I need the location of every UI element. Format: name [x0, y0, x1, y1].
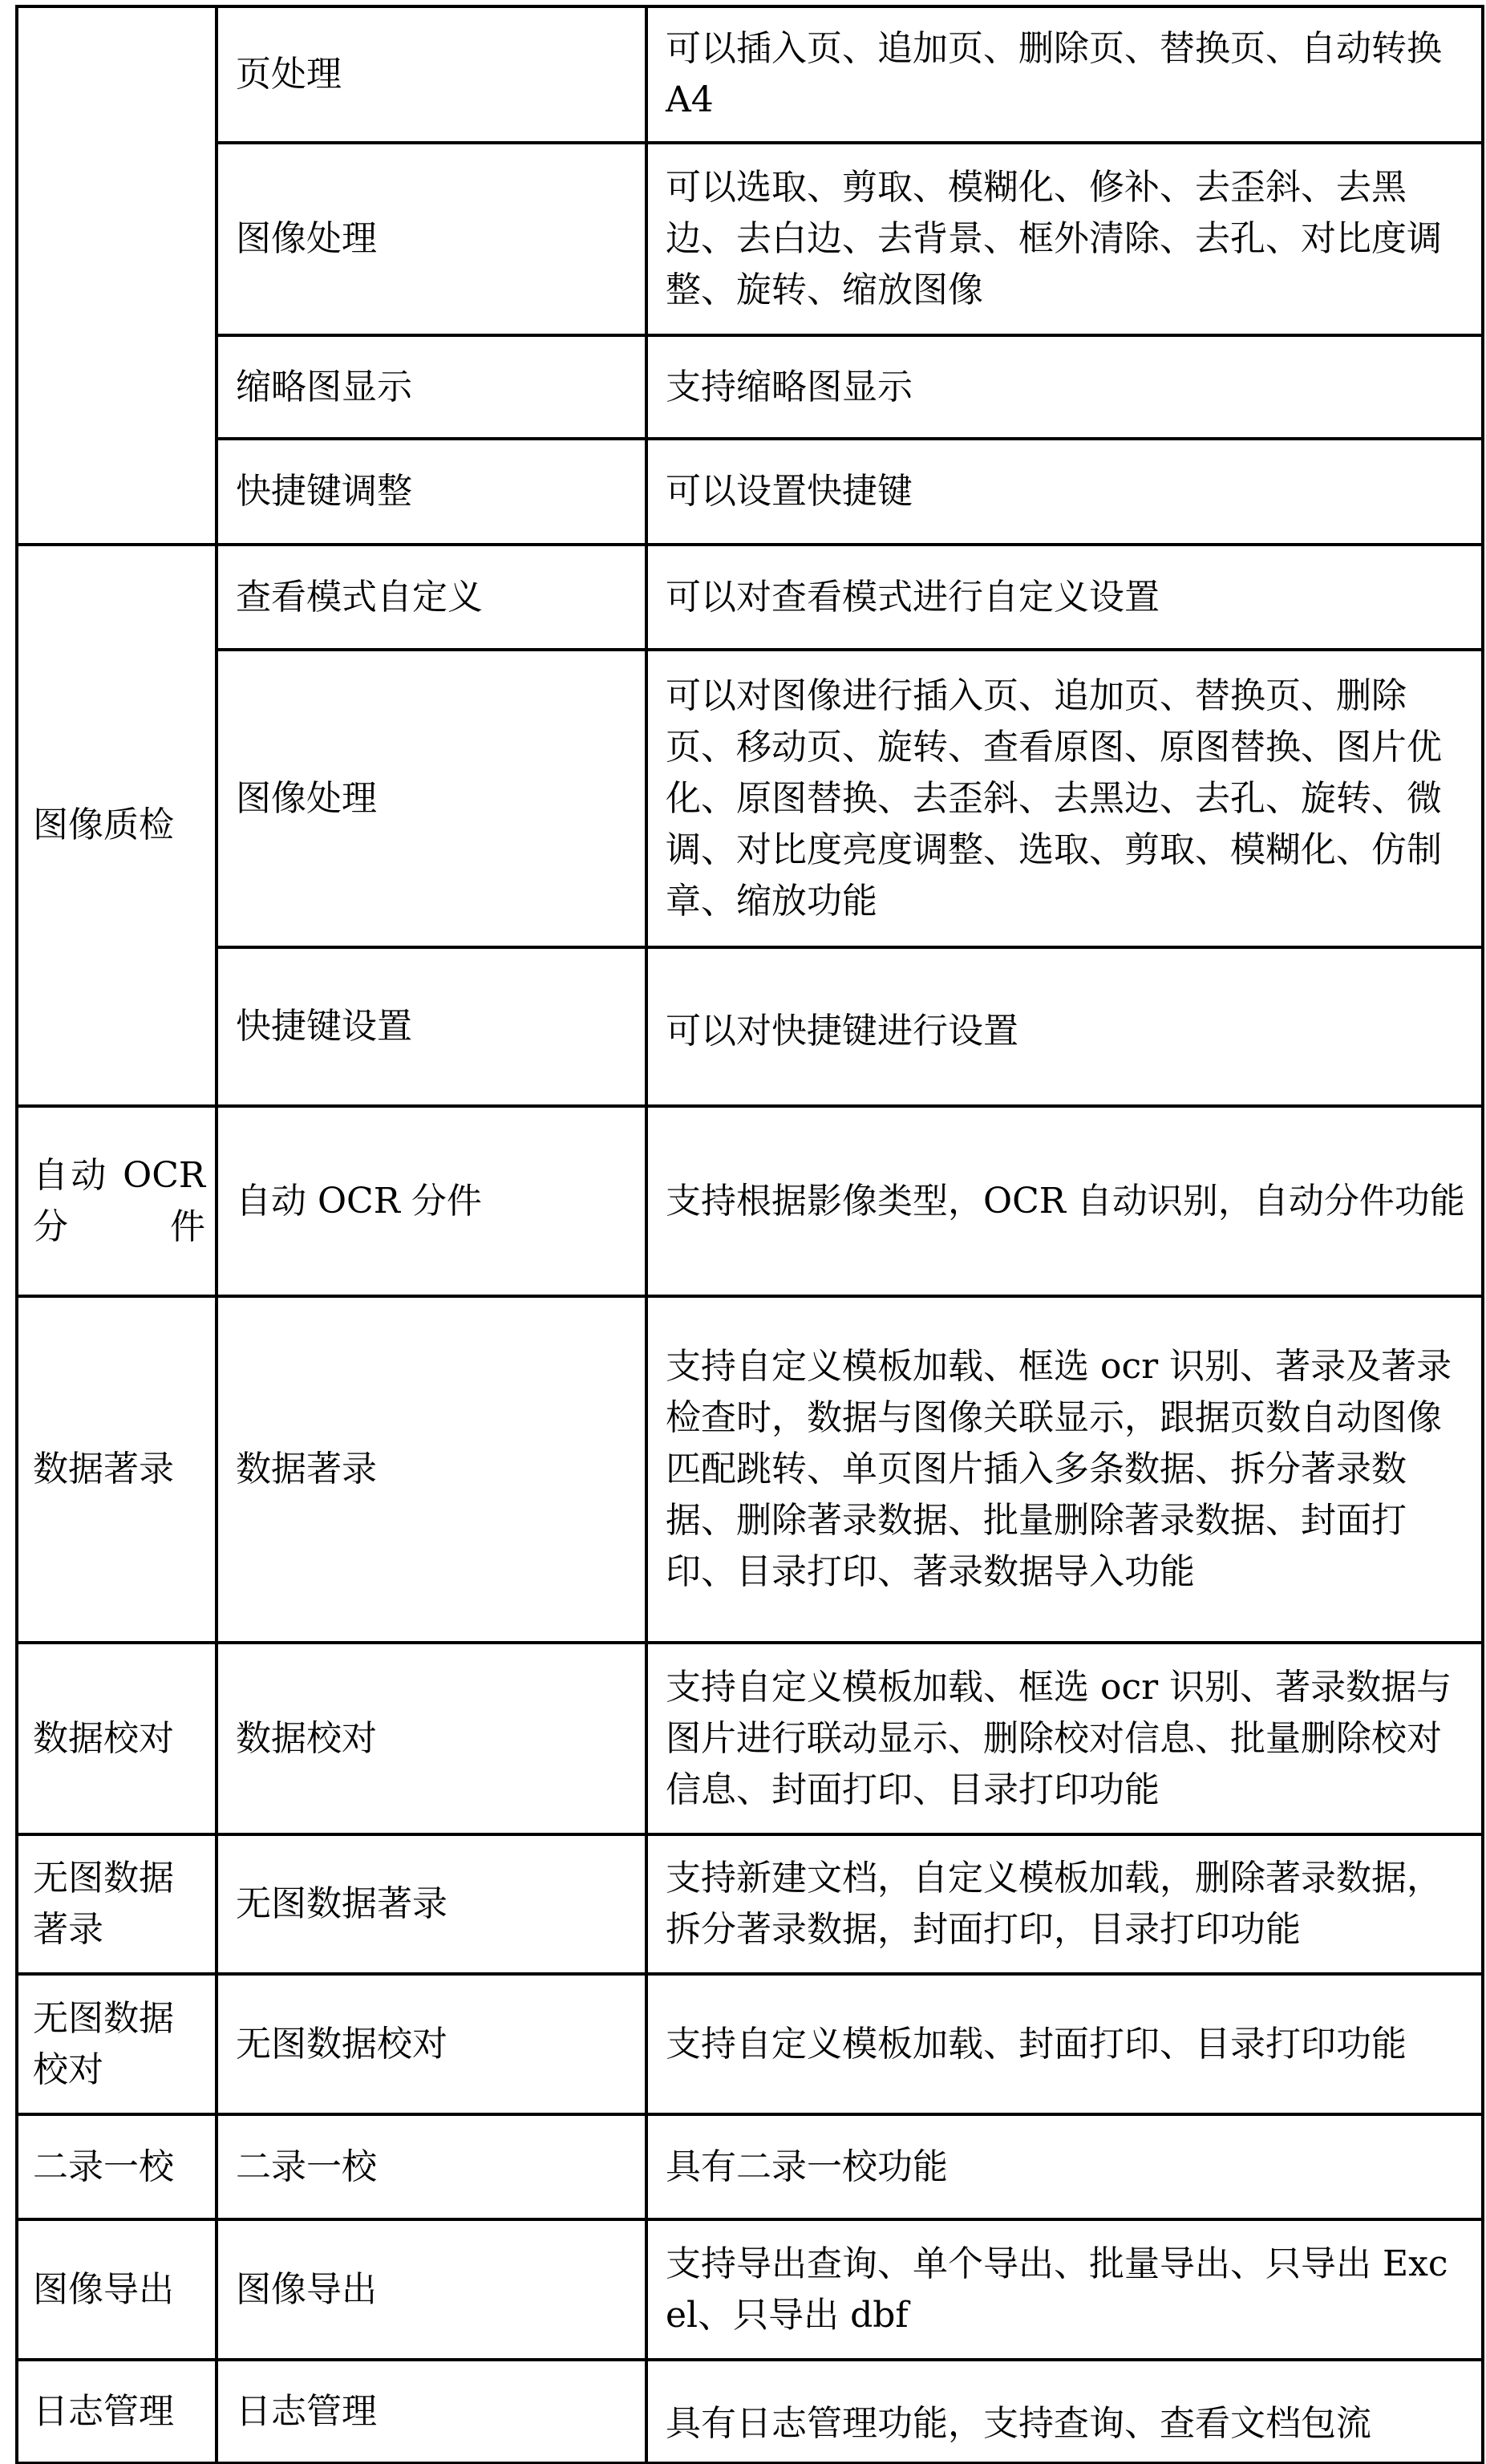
feature-cell: 自动 OCR 分件 [217, 1106, 646, 1296]
category-cell [17, 6, 217, 545]
table-row: 图像处理 可以对图像进行插入页、追加页、替换页、删除页、移动页、旋转、查看原图、… [17, 650, 1483, 947]
category-cell: 无图数据校对 [17, 1974, 217, 2114]
feature-cell: 无图数据校对 [217, 1974, 646, 2114]
table-row: 数据校对 数据校对 支持自定义模板加载、框选 ocr 识别、著录数据与图片进行联… [17, 1643, 1483, 1834]
feature-cell: 快捷键调整 [217, 439, 646, 545]
table-row: 快捷键调整 可以设置快捷键 [17, 439, 1483, 545]
description-cell: 可以对查看模式进行自定义设置 [646, 545, 1483, 650]
feature-cell: 查看模式自定义 [217, 545, 646, 650]
description-cell: 支持自定义模板加载、框选 ocr 识别、著录数据与图片进行联动显示、删除校对信息… [646, 1643, 1483, 1834]
description-cell: 支持自定义模板加载、封面打印、目录打印功能 [646, 1974, 1483, 2114]
description-cell: 可以对快捷键进行设置 [646, 947, 1483, 1106]
table-row: 快捷键设置 可以对快捷键进行设置 [17, 947, 1483, 1106]
description-cell: 可以设置快捷键 [646, 439, 1483, 545]
description-cell: 具有二录一校功能 [646, 2114, 1483, 2219]
description-cell: 支持导出查询、单个导出、批量导出、只导出 Excel、只导出 dbf [646, 2219, 1483, 2360]
feature-cell: 图像处理 [217, 650, 646, 947]
table-row: 二录一校 二录一校 具有二录一校功能 [17, 2114, 1483, 2219]
table-row: 数据著录 数据著录 支持自定义模板加载、框选 ocr 识别、著录及著录检查时，数… [17, 1296, 1483, 1643]
category-cell: 图像质检 [17, 545, 217, 1106]
feature-cell: 快捷键设置 [217, 947, 646, 1106]
category-cell: 日志管理 [17, 2360, 217, 2463]
description-cell: 支持根据影像类型，OCR 自动识别，自动分件功能 [646, 1106, 1483, 1296]
category-cell: 数据著录 [17, 1296, 217, 1643]
category-cell: 图像导出 [17, 2219, 217, 2360]
table-row: 日志管理 日志管理 具有日志管理功能，支持查询、查看文档包流 [17, 2360, 1483, 2463]
description-cell: 可以插入页、追加页、删除页、替换页、自动转换 A4 [646, 6, 1483, 143]
category-cell: 无图数据著录 [17, 1834, 217, 1974]
description-cell: 可以选取、剪取、模糊化、修补、去歪斜、去黑边、去白边、去背景、框外清除、去孔、对… [646, 143, 1483, 335]
table-row: 图像质检 查看模式自定义 可以对查看模式进行自定义设置 [17, 545, 1483, 650]
description-cell: 支持自定义模板加载、框选 ocr 识别、著录及著录检查时，数据与图像关联显示，跟… [646, 1296, 1483, 1643]
category-cell: 数据校对 [17, 1643, 217, 1834]
table-row: 图像导出 图像导出 支持导出查询、单个导出、批量导出、只导出 Excel、只导出… [17, 2219, 1483, 2360]
feature-cell: 日志管理 [217, 2360, 646, 2463]
feature-cell: 无图数据著录 [217, 1834, 646, 1974]
table-row: 无图数据著录 无图数据著录 支持新建文档，自定义模板加载，删除著录数据，拆分著录… [17, 1834, 1483, 1974]
category-cell: 二录一校 [17, 2114, 217, 2219]
description-cell: 支持新建文档，自定义模板加载，删除著录数据，拆分著录数据，封面打印，目录打印功能 [646, 1834, 1483, 1974]
category-cell: 自动 OCR 分件 [17, 1106, 217, 1296]
table-row: 自动 OCR 分件 自动 OCR 分件 支持根据影像类型，OCR 自动识别，自动… [17, 1106, 1483, 1296]
description-cell: 具有日志管理功能，支持查询、查看文档包流 [646, 2360, 1483, 2463]
table-row: 无图数据校对 无图数据校对 支持自定义模板加载、封面打印、目录打印功能 [17, 1974, 1483, 2114]
feature-cell: 图像导出 [217, 2219, 646, 2360]
feature-cell: 缩略图显示 [217, 335, 646, 439]
feature-cell: 数据校对 [217, 1643, 646, 1834]
description-cell: 支持缩略图显示 [646, 335, 1483, 439]
feature-table: 页处理 可以插入页、追加页、删除页、替换页、自动转换 A4 图像处理 可以选取、… [15, 5, 1484, 2464]
table-row: 缩略图显示 支持缩略图显示 [17, 335, 1483, 439]
feature-cell: 二录一校 [217, 2114, 646, 2219]
table-row: 页处理 可以插入页、追加页、删除页、替换页、自动转换 A4 [17, 6, 1483, 143]
feature-cell: 页处理 [217, 6, 646, 143]
table-row: 图像处理 可以选取、剪取、模糊化、修补、去歪斜、去黑边、去白边、去背景、框外清除… [17, 143, 1483, 335]
description-cell: 可以对图像进行插入页、追加页、替换页、删除页、移动页、旋转、查看原图、原图替换、… [646, 650, 1483, 947]
feature-cell: 图像处理 [217, 143, 646, 335]
feature-cell: 数据著录 [217, 1296, 646, 1643]
